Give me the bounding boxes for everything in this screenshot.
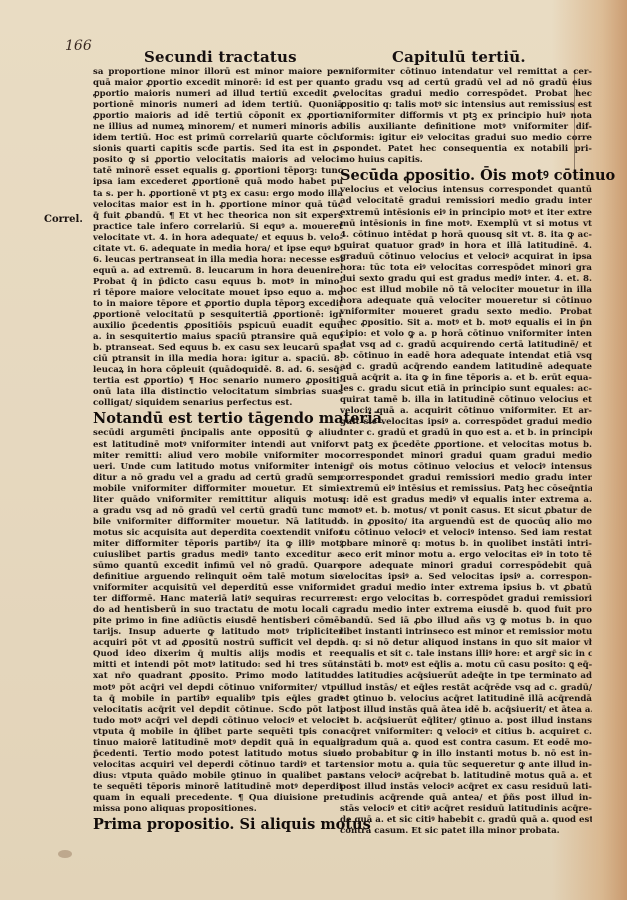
text-line: a. in sesquitertio maius spaciū ptransir… [93, 332, 343, 343]
text-line: to in maiore tēpore et ꝓportio dupla tēp… [93, 299, 343, 310]
text-line: liter quādo vniformiter remittitur aliqu… [93, 495, 343, 506]
text-line: 6. leucas pertranseat in illa media hora… [93, 255, 343, 266]
text-line: idem tertiū. Hoc est primū correlariū qu… [93, 133, 343, 144]
text-line: tinuo maiorē latitudinē motꝰ depdit quā … [93, 738, 343, 749]
right-text-block-2: velocius et velocius intensus correspond… [340, 185, 592, 837]
text-line: p̄cedenti. Tertio modo potest latitudo m… [93, 749, 343, 760]
text-line: velocitas acquiri vel deperdi cōtinuo ta… [93, 760, 343, 771]
text-line: correspondet minori gradui quam gradui m… [340, 451, 592, 462]
text-line: ta s. per h. ꝓportionē vt ptꝫ ex casu: e… [93, 189, 343, 200]
text-line: extremū intēsionis eiꝰ in principio motꝰ… [340, 208, 592, 219]
text-line: vniformiter difformis vt ptꝫ ex principi… [340, 111, 592, 122]
text-line: q̄ fuit ꝓbandū. ¶ Et vt hec theorica non… [93, 211, 343, 222]
text-line: guit sic velocitas ipsiꝰ a. correspōdet … [340, 417, 592, 428]
text-line: bile vniformiter difformiter mouetur. Nā… [93, 517, 343, 528]
text-line: formis: igitur eiꝰ velocitas gradui suo … [340, 133, 592, 144]
text-line: bandū. Sed iā ꝓbo illud añs vꝫ ꝙ motus b… [340, 616, 592, 627]
text-line: xat nr̄o quadrant ꝓposito. Primo modo la… [93, 671, 343, 682]
text-line: velocitatis acq̄rit vel depdit cōtinue. … [93, 705, 343, 716]
text-line: det gradui medio inter extrema ipsius b.… [340, 583, 592, 594]
text-line: mitti et intendi pōt motꝰ latitudo: sed … [93, 660, 343, 671]
text-line: ciū ptransit in illa media hora: igitur … [93, 354, 343, 365]
text-line: velocitate vt. 4. in hora adequate/ et e… [93, 233, 343, 244]
text-line: hoc est illud mobile nō tā velociter mou… [340, 285, 592, 296]
text-line: ꝓbare minorē q: motus b. in quolibet ins… [340, 539, 592, 550]
text-line: posito ꝙ si ꝓportio velocitatis maioris … [93, 155, 343, 166]
text-line: ipsa iam excederet ꝓportionē quā modo ha… [93, 177, 343, 188]
text-line: de quā a. et sic citiꝰ habebit c. gradū … [340, 815, 592, 826]
text-line: auxilio p̄cedentis ꝓpositiōis pspicuū eu… [93, 321, 343, 332]
text-line: velociꝰ quā a. acquirit cōtinuo vniformi… [340, 406, 592, 417]
text-line: ne illius ad numeꝝ minorem/ et numeri mi… [93, 122, 343, 133]
text-line: secūdi argumēti p̄ncipalis ante oppositū… [93, 428, 343, 439]
marginal-note: Correl. [44, 214, 83, 225]
left-text-block-1: sa proportione minor illorū est minor ma… [93, 67, 343, 409]
right-column: vniformiter cōtinuo intendatur vel remit… [340, 67, 592, 837]
text-line: equū a. ad extremū. 8. leucarum in hora … [93, 266, 343, 277]
text-line: et b. acq̄siuerūt eq̄liter/ ꝯtinuo a. po… [340, 716, 592, 727]
text-line: bilis auxiliante definitione motꝰ vnifor… [340, 122, 592, 133]
text-line: miter remitti: aliud vero mobile vniform… [93, 451, 343, 462]
text-line: tarijs. Insup aduerte ꝙ latitudo motꝰ tr… [93, 627, 343, 638]
text-line: pore adequate minori gradui correspōdebi… [340, 561, 592, 572]
text-line: instāti b. motꝰ est eq̄lis a. motu cū ca… [340, 660, 592, 671]
text-line: vt patꝫ ex p̄cedēte ꝓportione. et veloci… [340, 440, 592, 451]
text-line: citate vt. 6. adequate in media hora/ et… [93, 244, 343, 255]
right-text-block-1: vniformiter cōtinuo intendatur vel remit… [340, 67, 592, 166]
text-line: do probabitur ꝙ in illo instanti motus b… [340, 749, 592, 760]
text-line: sūmo quantū excedit infimū vel nō gradū.… [93, 561, 343, 572]
text-line: ri tēpore maiore velocitate mouet ipso e… [93, 288, 343, 299]
text-line: tudo motꝰ acq̄ri vel depdi cōtinuo veloc… [93, 716, 343, 727]
text-line: colligat/ siquidem senarius perfectus es… [93, 398, 343, 409]
text-line: ꝓportio maioris numeri ad illud tertiū e… [93, 89, 343, 100]
text-line: vniformiter cōtinuo intendatur vel remit… [340, 67, 592, 78]
text-line: vniformiter acquisitū vel deperditū esse… [93, 583, 343, 594]
text-line: ta q̄ mobile in partibꝰ equalibꝰ tpis eq… [93, 694, 343, 705]
text-line: inter c. gradū et gradū in quo est a. et… [340, 428, 592, 439]
text-line: velocitas gradui medio correspōdet. Prob… [340, 89, 592, 100]
text-line: to gradu vsq ad certū gradū vel ad nō gr… [340, 78, 592, 89]
text-line: a. q: si nō detur aliquod instans in quo… [340, 638, 592, 649]
text-line: graduū cōtinuo velocius et velociꝰ acqui… [340, 252, 592, 263]
text-line: motꝰ pōt acq̄ri vel depdi cōtinuo vnifor… [93, 683, 343, 694]
text-line: vniformiter moueret gradu sexto medio. P… [340, 307, 592, 318]
text-line: tertia est ꝓportio) ¶ Hoc senario numero… [93, 376, 343, 387]
text-line: ditur a nō gradu vel a gradu ad certū gr… [93, 473, 343, 484]
text-line: libet instanti intrinseco est minor et r… [340, 627, 592, 638]
text-line: mo huius capitis. [340, 155, 592, 166]
text-line: ad velocitatē gradui remissiori medio gr… [340, 196, 592, 207]
text-line: onū lata illa distinctio velocitatum sim… [93, 387, 343, 398]
text-line: les c. gradu sicut etiā in principio sun… [340, 384, 592, 395]
text-line: contra casum. Et sic patet illa minor pr… [340, 826, 592, 837]
text-line: ad c. gradū acq̄rendo eandem latitudinē … [340, 362, 592, 373]
text-line: et ꝯtinuo b. velocius acq̄ret latitudinē… [340, 694, 592, 705]
text-line: motus sic acquisita aut deperdita coexte… [93, 528, 343, 539]
text-line: do ad hentisberū in suo tractatu de motu… [93, 605, 343, 616]
text-line: hec ꝓpositio. Sit a. motꝰ et b. motꝰ equ… [340, 318, 592, 329]
text-line: stās velociꝰ et citiꝰ acq̄ret residuū la… [340, 804, 592, 815]
text-line: b. cōtinuo in eadē hora adequate intenda… [340, 351, 592, 362]
text-line: leucaꝝ in hora cōpleuit (quādoquidē. 8. … [93, 365, 343, 376]
text-line: quā maior ꝓportio excedit minorē: id est… [93, 78, 343, 89]
text-line: acquiri pōt vt ad ꝓpositū nostrū suffici… [93, 638, 343, 649]
folio-number: 166 [65, 38, 92, 54]
text-line: mū intēsionis in fine motꝰ. Exemplū vt s… [340, 219, 592, 230]
text-line: post illud instās quā ātea idē b. acq̄si… [340, 705, 592, 716]
text-line: velocitas ipsiꝰ a. Sed velocitas ipsiꝰ a… [340, 572, 592, 583]
text-line: tudinis acq̄rende quā antea/ et p̄ñs pos… [340, 793, 592, 804]
text-line: tatē minorē esset equalis g. ꝓportioni t… [93, 166, 343, 177]
text-line: gradum quā a. quod est contra casum. Et … [340, 738, 592, 749]
text-line: te sequēti tēporis minorē latitudinē mot… [93, 782, 343, 793]
text-line: velocius et velocius intensus correspond… [340, 185, 592, 196]
text-line: hora: tūc tota eiꝰ velocitas correspōdet… [340, 263, 592, 274]
text-line: extremū eiꝰ intēsius et remissius. Patꝫ … [340, 484, 592, 495]
text-line: est: ergo velocitas b. correspōdet gradu… [340, 594, 592, 605]
text-line: quirat tamē b. illa in latitudinē cōtinu… [340, 395, 592, 406]
text-line: ꝓportio maioris ad idē tertiū cōponit ex… [93, 111, 343, 122]
text-line: quā acq̄rit a. ita ꝙ in fine tēporis a. … [340, 373, 592, 384]
text-line: b. ptranseat. Sed equus b. ex casu sex l… [93, 343, 343, 354]
text-line: sa proportione minor illorū est minor ma… [93, 67, 343, 78]
text-line: vtputa q̄ mobile in q̄libet parte sequēt… [93, 727, 343, 738]
text-line: hora adequate quā velociter moueretur si… [340, 296, 592, 307]
text-line: miter difformiter tēporis partibꝰ/ ita ꝙ… [93, 539, 343, 550]
section-heading-secunda-propositio: Secūda ꝓpositio. Ōis motꝰ cōtinuo [340, 167, 592, 184]
text-line: dui sexto gradu qui est gradus mediꝰ int… [340, 274, 592, 285]
text-line: ꝓportionē velocitatū p sesquitertiā ꝓpor… [93, 310, 343, 321]
paper-stain [58, 850, 72, 858]
running-head-right: Capitulū tertiū. [392, 48, 526, 66]
text-line: est latitudinē motꝰ vniformiter intendi … [93, 440, 343, 451]
text-line: les latitudies acq̄siuerūt adeq̄te in tp… [340, 671, 592, 682]
text-line: Probat q̄ in p̄dicto casu equus b. motꝰ … [93, 277, 343, 288]
text-line: dius: vtputa quādo mobile ꝯtinuo in qual… [93, 771, 343, 782]
text-line: practice tale infero correlariū. Si equꝰ… [93, 222, 343, 233]
text-line: gradu medio inter extrema eiusdē b. quod… [340, 605, 592, 616]
text-line: quam in equali precedente. ¶ Qua diuisio… [93, 793, 343, 804]
text-line: ter difformē. Hanc materiā latiꝰ sequira… [93, 594, 343, 605]
text-line: post illud instās velociꝰ acq̄ret ex cas… [340, 782, 592, 793]
text-line: cipio: et volo ꝙ a. p horā cōtinuo vnifo… [340, 329, 592, 340]
left-column: sa proportione minor illorū est minor ma… [93, 67, 343, 834]
text-line: motꝰ et. b. motus/ vt ponit casus. Et si… [340, 506, 592, 517]
text-line: a gradu vsq ad nō gradū vel certū gradū … [93, 506, 343, 517]
running-head-left: Secundi tractatus [144, 48, 297, 66]
text-line: q: idē est gradus mediꝰ vł equalis inter… [340, 495, 592, 506]
text-line: tensior motu a. quia tūc sequeretur ꝙ an… [340, 760, 592, 771]
text-line: spondet. Patet hec consequentia ex notab… [340, 144, 592, 155]
text-line: missa pono aliquas propositiones. [93, 804, 343, 815]
section-heading-prima-propositio: Prima propositio. Si aliquis motus [93, 816, 343, 833]
text-line: 4. cōtinuo intēdat p horā quousq sit vt.… [340, 230, 592, 241]
text-line: sionis quarti capitis scđe partis. Sed i… [93, 144, 343, 155]
text-line: b. in ꝓposito/ ita arguendū est de quocū… [340, 517, 592, 528]
text-line: pite primo in fine adiūctis eiusdē henti… [93, 616, 343, 627]
book-page: 166 Secundi tractatus Capitulū tertiū. C… [0, 0, 627, 900]
text-line: tu cōtinuo velociꝰ et velociꝰ intenso. S… [340, 528, 592, 539]
text-line: velocitas maior est in h. ꝓportione mino… [93, 200, 343, 211]
text-line: mobile vniformiter difformiter mouetur. … [93, 484, 343, 495]
text-line: quirat quatuor gradꝰ in hora et illā lat… [340, 241, 592, 252]
text-line: ueri. Unde cum latitudo motus vniformite… [93, 462, 343, 473]
text-line: Quod ideo dixerim q̄ multis alijs modis … [93, 649, 343, 660]
text-line: correspondet gradui remissiori medio gra… [340, 473, 592, 484]
text-line: definitiue arguendo relinquit oēm talē m… [93, 572, 343, 583]
text-line: dat vsq ad c. gradū acquirendo certā lat… [340, 340, 592, 351]
text-line: portionē minoris numeri ad idem tertiū. … [93, 100, 343, 111]
text-line: stans velociꝰ acq̄rebat b. latitudinē mo… [340, 771, 592, 782]
text-line: illud instās/ et eq̄les restāt acq̄rēde … [340, 683, 592, 694]
text-line: ꝓpositio q: talis motꝰ sic intensius aut… [340, 100, 592, 111]
text-line: acq̄ret vniformiter: ꝗ velociꝰ et citius… [340, 727, 592, 738]
text-line: equalis et sit c. tale instans illiꝰ hor… [340, 649, 592, 660]
text-line: igr̄ ois motus cōtinuo velocius et veloc… [340, 462, 592, 473]
text-line: seco erit minor motu a. ergo velocitas e… [340, 550, 592, 561]
text-line: cuiuslibet partis gradus mediꝰ tanto exc… [93, 550, 343, 561]
section-heading-notandum: Notandū est tertio tāgendo materiā [93, 410, 343, 427]
left-text-block-2: secūdi argumēti p̄ncipalis ante oppositū… [93, 428, 343, 815]
